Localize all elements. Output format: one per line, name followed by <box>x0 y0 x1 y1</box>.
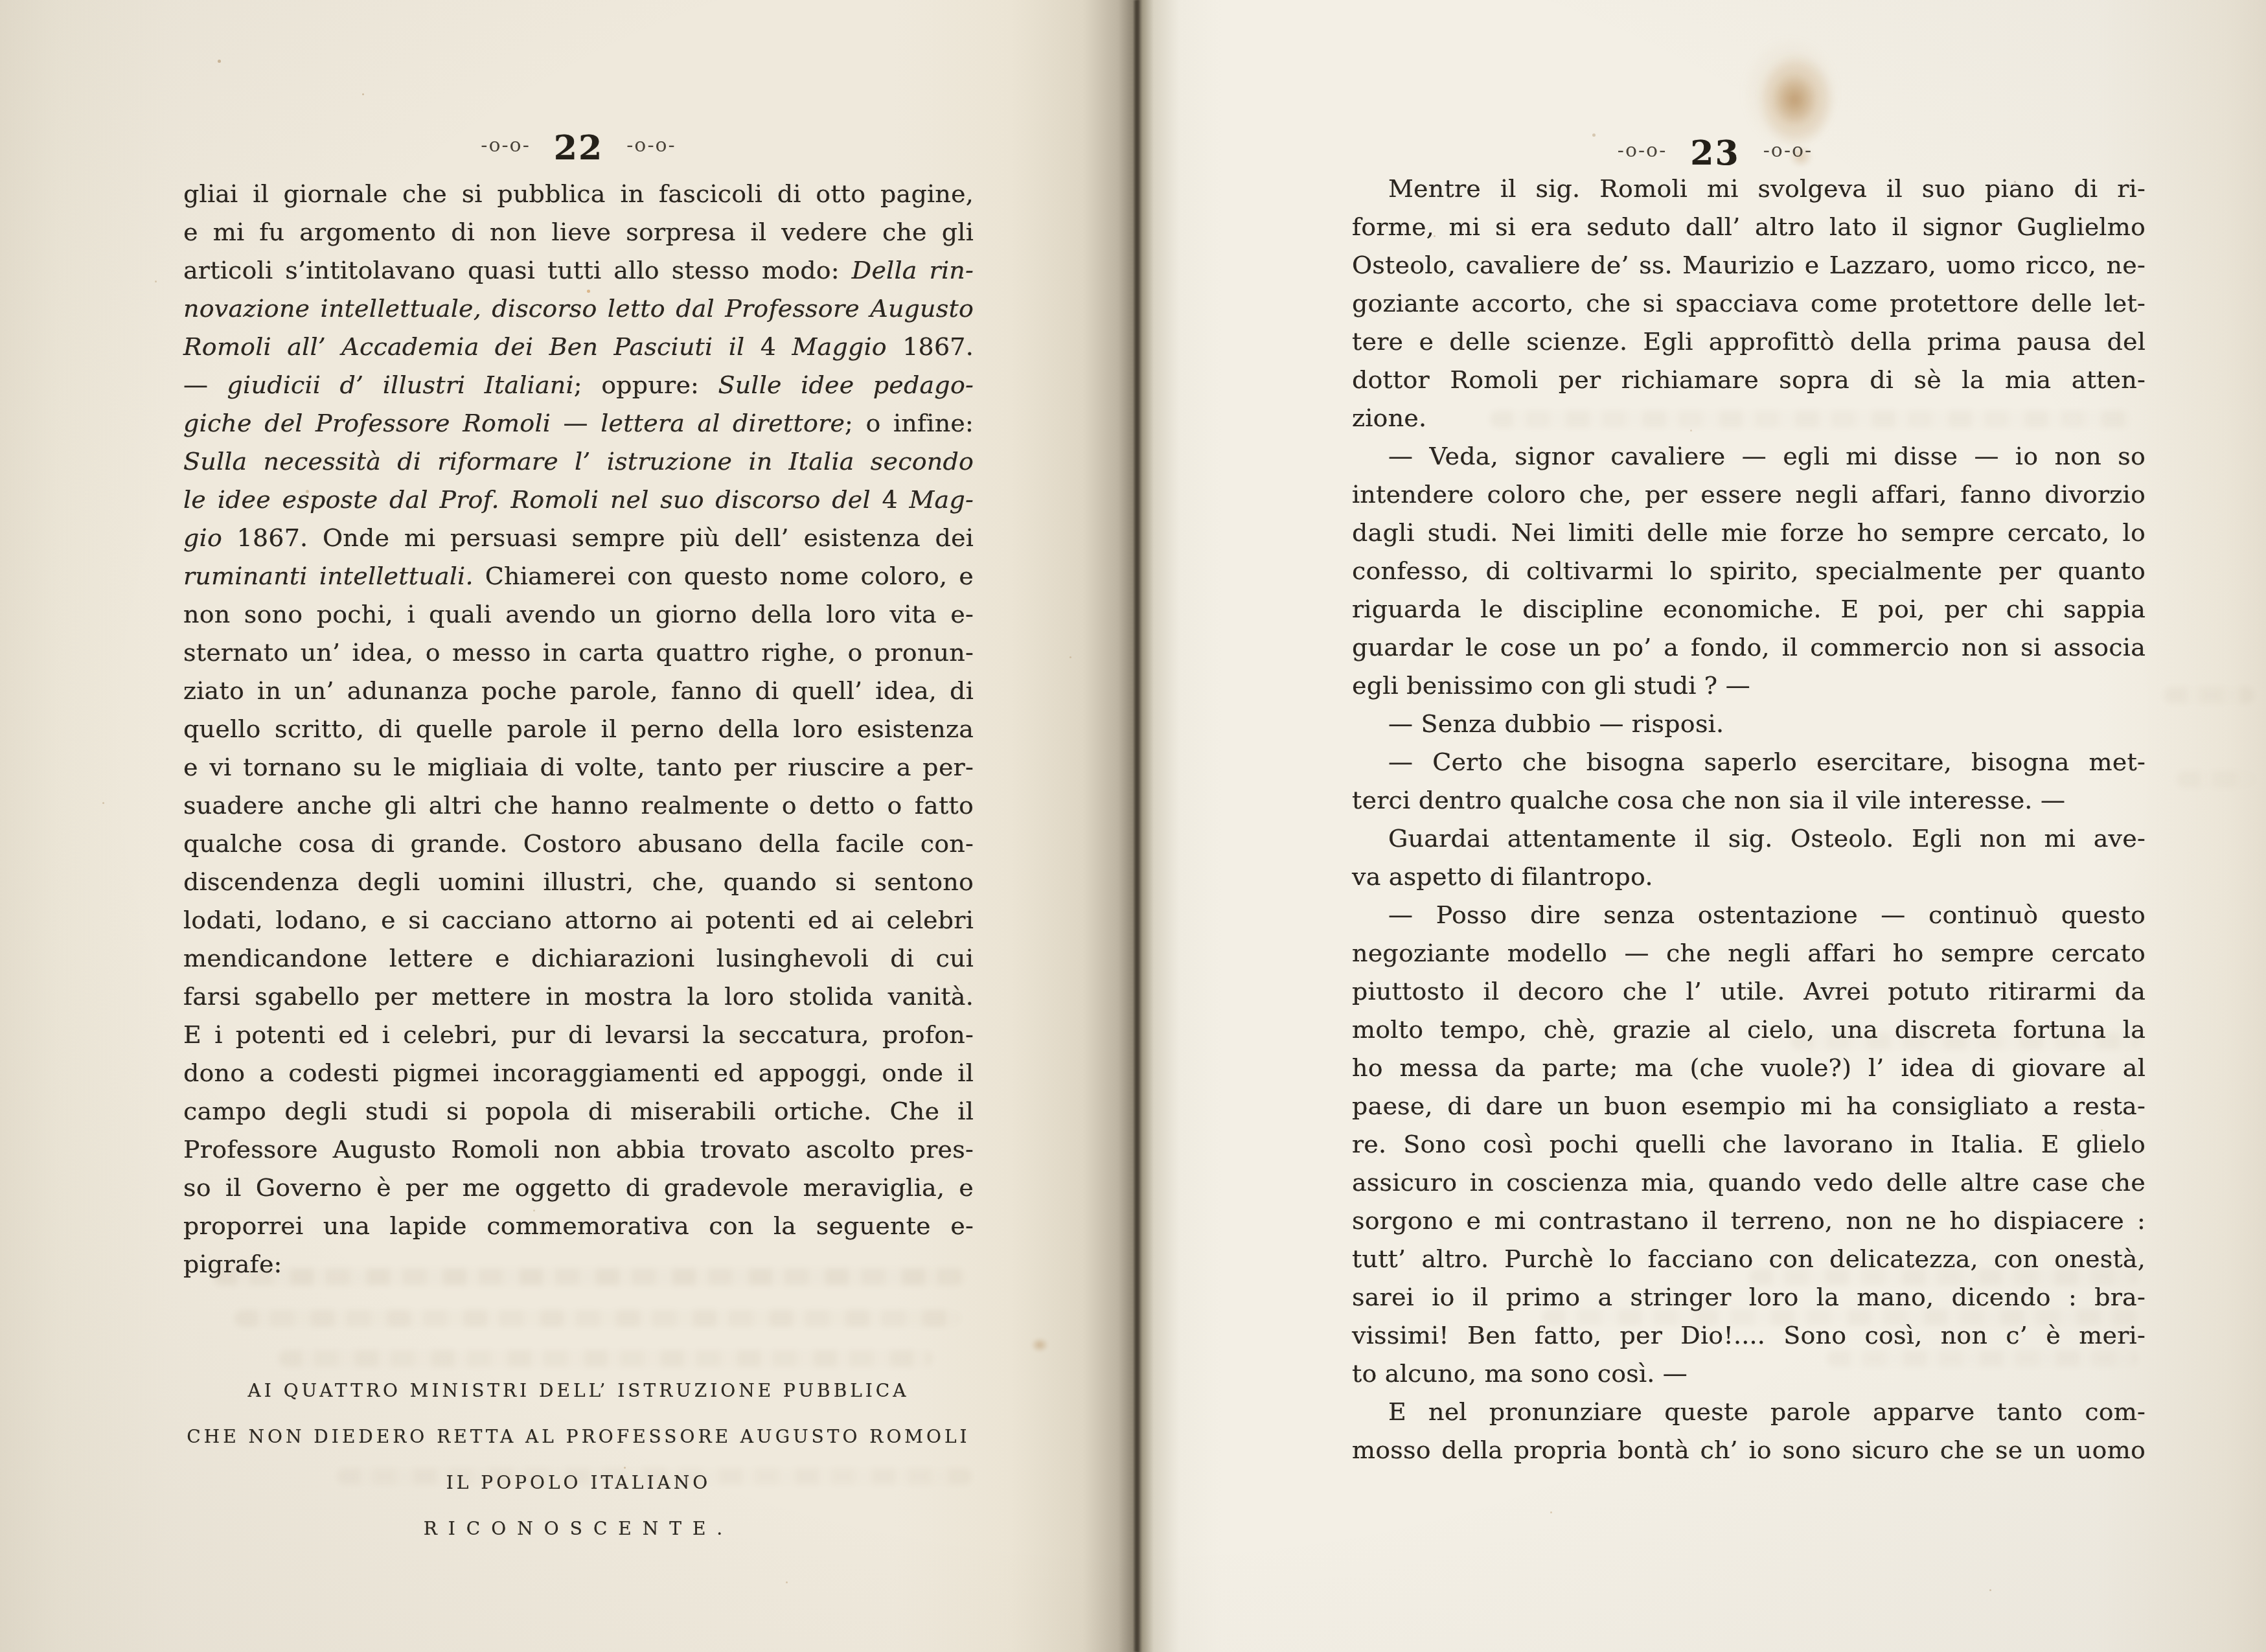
epigraph: AI QUATTRO MINISTRI DELL’ ISTRUZIONE PUB… <box>183 1368 974 1552</box>
text-line: E nel pronunziare queste parole apparve … <box>1352 1393 2146 1431</box>
epigraph-line: IL POPOLO ITALIANO <box>183 1460 974 1506</box>
text-line: Guardai attentamente il sig. Osteolo. Eg… <box>1352 820 2146 858</box>
text-line: — Senza dubbio — risposi. <box>1352 705 2146 743</box>
text-line: Mentre il sig. Romoli mi svolgeva il suo… <box>1352 170 2146 208</box>
text-line: lodati, lodano, e si cacciano attorno ai… <box>183 901 974 939</box>
text-line: tere e delle scienze. Egli approfittò de… <box>1352 323 2146 361</box>
text-line: riguarda le discipline economiche. E poi… <box>1352 590 2146 628</box>
text-line: sternato un’ idea, o messo in carta quat… <box>183 634 974 672</box>
show-through-smudge <box>2164 687 2254 704</box>
page-22-header: -o-o- 22 -o-o- <box>183 128 974 168</box>
page-22-text-body: gliai il giornale che si pubblica in fas… <box>183 175 974 1552</box>
text-line: — Certo che bisogna saperlo esercitare, … <box>1352 743 2146 781</box>
text-line: forme, mi si era seduto dall’ altro lato… <box>1352 208 2146 246</box>
text-line: so il Governo è per me oggetto di gradev… <box>183 1169 974 1207</box>
text-line: dottor Romoli per richiamare sopra di sè… <box>1352 361 2146 399</box>
text-line: pigrafe: <box>183 1245 974 1283</box>
text-line: intendere coloro che, per essere negli a… <box>1352 476 2146 514</box>
text-line: to alcuno, ma sono così. — <box>1352 1355 2146 1393</box>
text-line: farsi sgabello per mettere in mostra la … <box>183 978 974 1016</box>
book-spread-scan: { "colors": { "paper_left": "#efe9dc", "… <box>0 0 2266 1652</box>
foxing-dots <box>0 0 3 3</box>
epigraph-line: RICONOSCENTE. <box>183 1506 974 1552</box>
text-line: mendicandone lettere e dichiarazioni lus… <box>183 939 974 978</box>
text-line: mosso della propria bontà ch’ io sono si… <box>1352 1431 2146 1469</box>
text-line: e mi fu argomento di non lieve sorpresa … <box>183 213 974 251</box>
text-line: va aspetto di filantropo. <box>1352 858 2146 896</box>
header-ornament-left: -o-o- <box>1618 139 1667 162</box>
text-line: suadere anche gli altri che hanno realme… <box>183 786 974 825</box>
text-line: ziato in un’ adunanza poche parole, fann… <box>183 672 974 710</box>
epigraph-line: CHE NON DIEDERO RETTA AL PROFESSORE AUGU… <box>183 1414 974 1460</box>
text-line: Sulla necessità di riformare l’ istruzio… <box>183 442 974 481</box>
page-number-22: 22 <box>554 128 603 168</box>
text-line: zione. <box>1352 399 2146 437</box>
page-23-header: -o-o- 23 -o-o- <box>1352 133 2146 173</box>
text-line: e vi tornano su le migliaia di volte, ta… <box>183 748 974 786</box>
text-line: molto tempo, chè, grazie al cielo, una d… <box>1352 1011 2146 1049</box>
text-line: guardar le cose un po’ a fondo, il comme… <box>1352 628 2146 667</box>
text-line: gio 1867. Onde mi persuasi sempre più de… <box>183 519 974 557</box>
text-line: novazione intellettuale, discorso letto … <box>183 290 974 328</box>
show-through-smudge <box>2177 771 2254 788</box>
text-line: vissimi! Ben fatto, per Dio!.... Sono co… <box>1352 1316 2146 1355</box>
text-line: negoziante modello — che negli affari ho… <box>1352 934 2146 972</box>
text-line: E i potenti ed i celebri, pur di levarsi… <box>183 1016 974 1054</box>
text-line: sorgono e mi contrastano il terreno, non… <box>1352 1202 2146 1240</box>
text-line: — Veda, signor cavaliere — egli mi disse… <box>1352 437 2146 476</box>
text-line: giche del Professore Romoli — lettera al… <box>183 404 974 442</box>
text-line: ruminanti intellettuali. Chiamerei con q… <box>183 557 974 595</box>
header-ornament-right: -o-o- <box>626 134 676 157</box>
text-line: articoli s’intitolavano quasi tutti allo… <box>183 251 974 290</box>
text-line: dono a codesti pigmei incoraggiamenti ed… <box>183 1054 974 1092</box>
epigraph-line: AI QUATTRO MINISTRI DELL’ ISTRUZIONE PUB… <box>183 1368 974 1414</box>
text-line: le idee esposte dal Prof. Romoli nel suo… <box>183 481 974 519</box>
text-line: ho messa da parte; ma (che vuole?) l’ id… <box>1352 1049 2146 1087</box>
text-line: campo degli studi si popola di miserabil… <box>183 1092 974 1130</box>
text-line: Osteolo, cavaliere de’ ss. Maurizio e La… <box>1352 246 2146 284</box>
text-line: non sono pochi, i quali avendo un giorno… <box>183 595 974 634</box>
text-line: tutt’ altro. Purchè lo facciano con deli… <box>1352 1240 2146 1278</box>
text-line: assicuro in coscienza mia, quando vedo d… <box>1352 1164 2146 1202</box>
text-line: re. Sono così pochi quelli che lavorano … <box>1352 1125 2146 1164</box>
text-line: proporrei una lapide commemorativa con l… <box>183 1207 974 1245</box>
text-line: terci dentro qualche cosa che non sia il… <box>1352 781 2146 820</box>
text-line: gliai il giornale che si pubblica in fas… <box>183 175 974 213</box>
text-line: confesso, di coltivarmi lo spirito, spec… <box>1352 552 2146 590</box>
text-line: paese, di dare un buon esempio mi ha con… <box>1352 1087 2146 1125</box>
text-line: quello scritto, di quelle parole il pern… <box>183 710 974 748</box>
text-line: piuttosto il decoro che l’ utile. Avrei … <box>1352 972 2146 1011</box>
text-line: egli benissimo con gli studi ? — <box>1352 667 2146 705</box>
book-gutter-spine <box>1134 0 1140 1652</box>
page-number-23: 23 <box>1690 133 1739 173</box>
text-line: qualche cosa di grande. Costoro abusano … <box>183 825 974 863</box>
text-line: Romoli all’ Accademia dei Ben Pasciuti i… <box>183 328 974 366</box>
header-ornament-right: -o-o- <box>1763 139 1813 162</box>
text-line: goziante accorto, che si spacciava come … <box>1352 284 2146 323</box>
text-line: Professore Augusto Romoli non abbia trov… <box>183 1130 974 1169</box>
header-ornament-left: -o-o- <box>481 134 531 157</box>
text-line: dagli studi. Nei limiti delle mie forze … <box>1352 514 2146 552</box>
page-23-text-body: Mentre il sig. Romoli mi svolgeva il suo… <box>1352 170 2146 1469</box>
text-line: — giudicii d’ illustri Italiani; oppure:… <box>183 366 974 404</box>
text-line: discendenza degli uomini illustri, che, … <box>183 863 974 901</box>
text-line: — Posso dire senza ostentazione — contin… <box>1352 896 2146 934</box>
text-line: sarei io il primo a stringer loro la man… <box>1352 1278 2146 1316</box>
